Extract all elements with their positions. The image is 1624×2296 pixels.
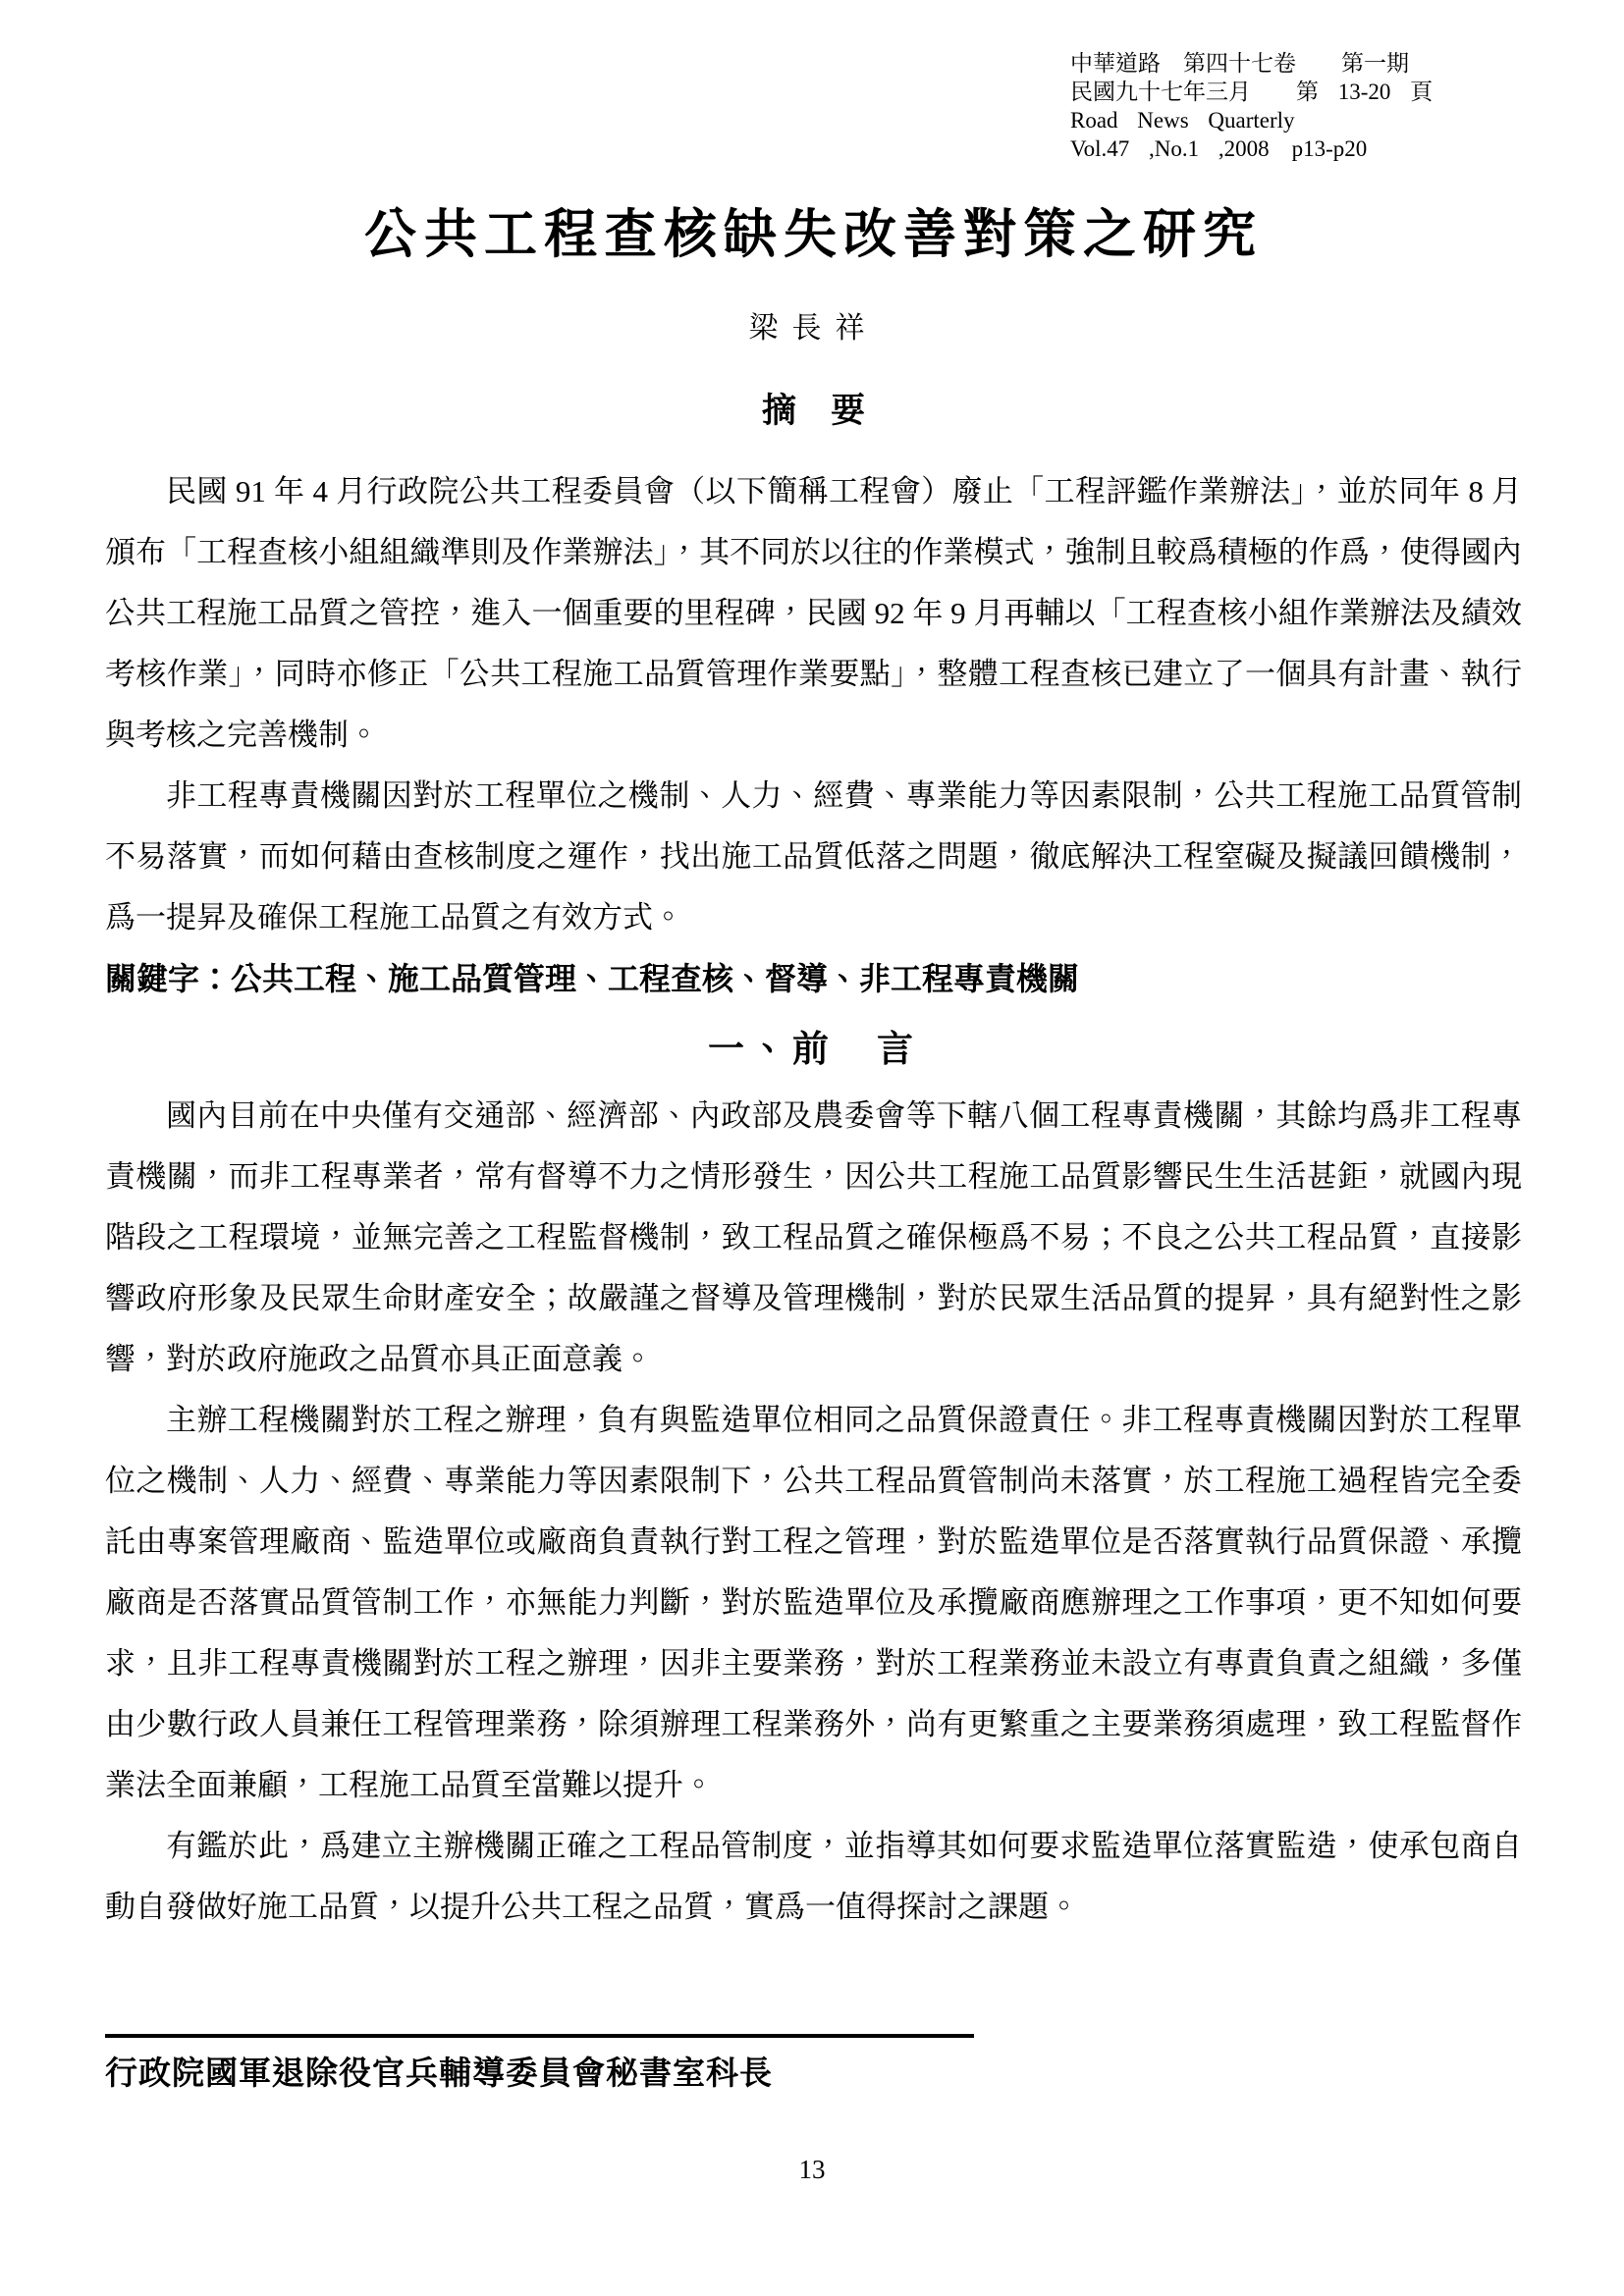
body-paragraph: 有鑑於此，爲建立主辦機關正確之工程品管制度，並指導其如何要求監造單位落實監造，使…	[105, 1816, 1522, 1938]
body-paragraph: 國內目前在中央僅有交通部、經濟部、內政部及農委會等下轄八個工程專責機關，其餘均爲…	[105, 1086, 1522, 1390]
page-number: 13	[0, 2155, 1624, 2185]
journal-header-line3: Road News Quarterly	[1070, 106, 1522, 134]
journal-header-line1: 中華道路 第四十七卷 第一期	[1070, 49, 1522, 78]
paper-page: 中華道路 第四十七卷 第一期 民國九十七年三月 第 13-20 頁 Road N…	[0, 0, 1624, 2296]
abstract-paragraph: 民國 91 年 4 月行政院公共工程委員會（以下簡稱工程會）廢止「工程評鑑作業辦…	[105, 461, 1522, 766]
body-paragraph: 主辦工程機關對於工程之辦理，負有與監造單位相同之品質保證責任。非工程專責機關因對…	[105, 1390, 1522, 1816]
author-affiliation-footnote: 行政院國軍退除役官兵輔導委員會秘書室科長	[105, 2048, 1522, 2094]
journal-header-line2: 民國九十七年三月 第 13-20 頁	[1070, 78, 1522, 106]
abstract-heading: 摘 要	[105, 384, 1522, 433]
footnote-area: 行政院國軍退除役官兵輔導委員會秘書室科長	[105, 2034, 1522, 2094]
journal-header: 中華道路 第四十七卷 第一期 民國九十七年三月 第 13-20 頁 Road N…	[1070, 0, 1522, 163]
paper-title: 公共工程查核缺失改善對策之研究	[105, 192, 1522, 268]
keywords-line: 關鍵字：公共工程、施工品質管理、工程查核、督導、非工程專責機關	[105, 948, 1522, 1009]
footnote-divider	[105, 2034, 974, 2038]
abstract-section: 民國 91 年 4 月行政院公共工程委員會（以下簡稱工程會）廢止「工程評鑑作業辦…	[105, 461, 1522, 948]
abstract-paragraph: 非工程專責機關因對於工程單位之機制、人力、經費、專業能力等因素限制，公共工程施工…	[105, 766, 1522, 948]
journal-header-line4: Vol.47 ,No.1 ,2008 p13-p20	[1070, 134, 1522, 163]
author-name: 梁長祥	[105, 303, 1522, 347]
section-1-body: 國內目前在中央僅有交通部、經濟部、內政部及農委會等下轄八個工程專責機關，其餘均爲…	[105, 1086, 1522, 1938]
section-1-heading: 一、前 言	[105, 1019, 1522, 1072]
